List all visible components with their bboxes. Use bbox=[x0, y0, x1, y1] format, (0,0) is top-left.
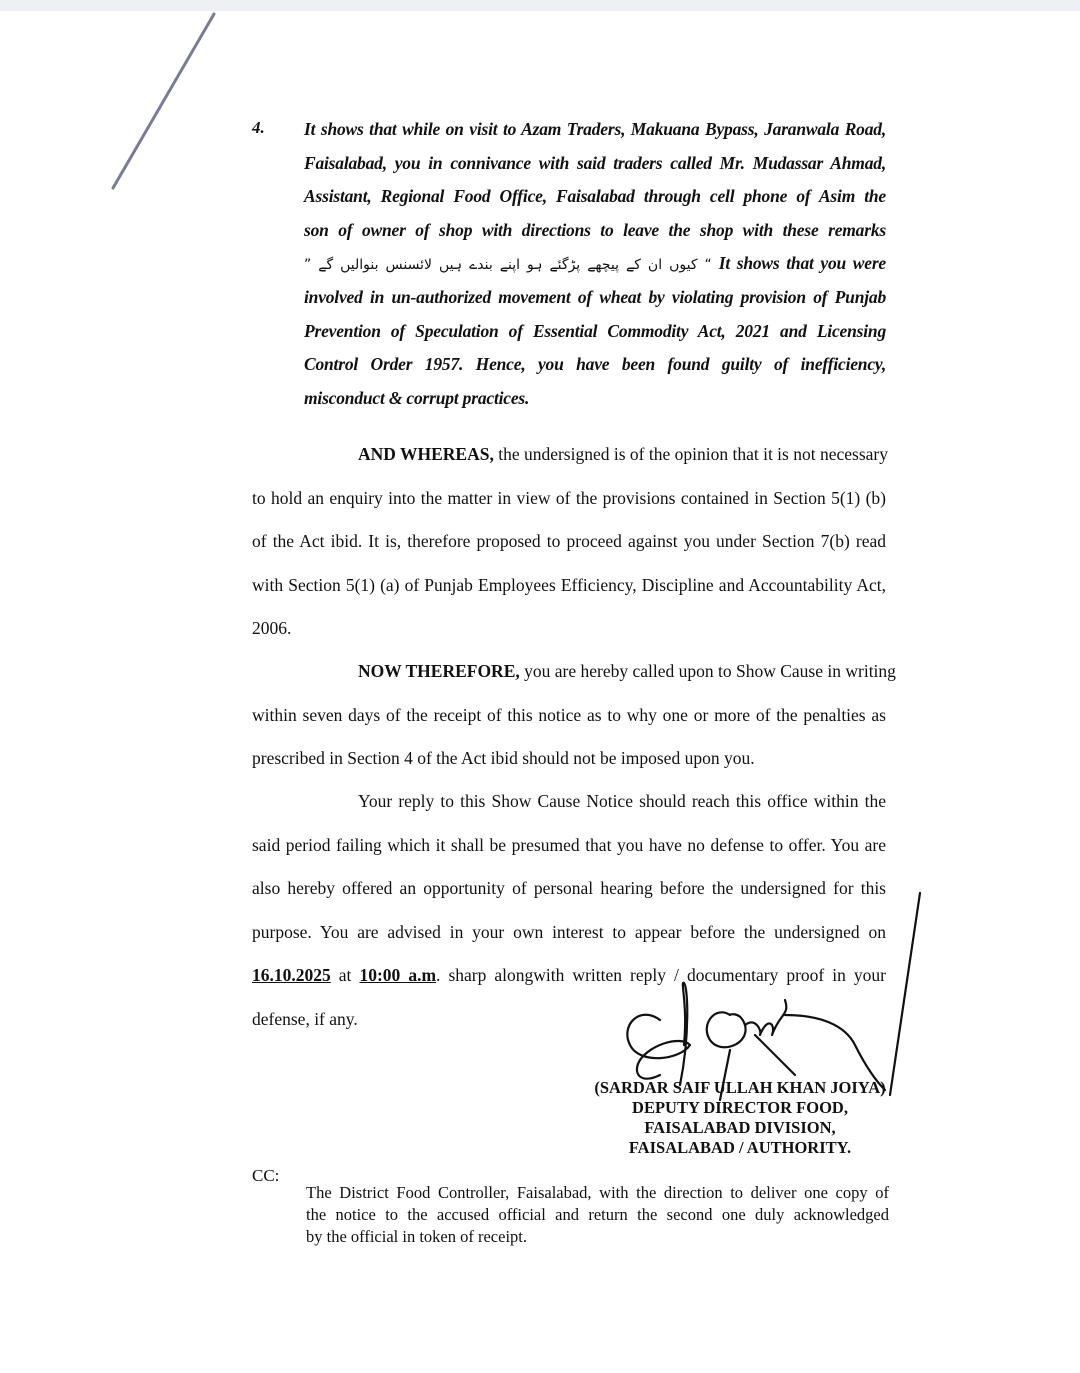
cc-label: CC: bbox=[252, 1166, 279, 1186]
text-line: said period failing which it shall be pr… bbox=[252, 824, 886, 868]
text-line: 2006. bbox=[252, 607, 886, 651]
text-line: Faisalabad, you in connivance with said … bbox=[304, 147, 886, 181]
urdu-quote: “ کیوں ان کے پیچھے پڑگئے ہو اپنے بندے ہی… bbox=[304, 257, 712, 273]
cc-recipient-text: The District Food Controller, Faisalabad… bbox=[306, 1182, 889, 1248]
text-line-with-urdu: “ کیوں ان کے پیچھے پڑگئے ہو اپنے بندے ہی… bbox=[304, 247, 886, 281]
hearing-date: 16.10.2025 bbox=[252, 965, 331, 985]
signatory-division: FAISALABAD DIVISION, bbox=[560, 1118, 920, 1138]
text-line: Prevention of Speculation of Essential C… bbox=[304, 315, 886, 349]
and-whereas-paragraph: AND WHEREAS, the undersigned is of the o… bbox=[252, 433, 886, 651]
text-line: AND WHEREAS, the undersigned is of the o… bbox=[252, 433, 886, 477]
text-line: Your reply to this Show Cause Notice sho… bbox=[252, 780, 886, 824]
signatory-designation: DEPUTY DIRECTOR FOOD, bbox=[560, 1098, 920, 1118]
text-line: misconduct & corrupt practices. bbox=[304, 382, 886, 416]
text-line: of the Act ibid. It is, therefore propos… bbox=[252, 520, 886, 564]
signatory-block: (SARDAR SAIF ULLAH KHAN JOIYA) DEPUTY DI… bbox=[560, 1078, 920, 1158]
hearing-time: 10:00 a.m bbox=[359, 965, 436, 985]
text-fragment: at bbox=[331, 965, 360, 985]
text-fragment: It shows that you were bbox=[719, 253, 886, 273]
text-line: The District Food Controller, Faisalabad… bbox=[306, 1182, 889, 1204]
text-line: Control Order 1957. Hence, you have been… bbox=[304, 348, 886, 382]
text-line: NOW THEREFORE, you are hereby called upo… bbox=[252, 650, 886, 694]
lead-phrase: NOW THEREFORE, bbox=[358, 661, 520, 681]
text-line: prescribed in Section 4 of the Act ibid … bbox=[252, 737, 886, 781]
text-line: by the official in token of receipt. bbox=[306, 1226, 889, 1248]
text-line: It shows that while on visit to Azam Tra… bbox=[304, 113, 886, 147]
text-line: the notice to the accused official and r… bbox=[306, 1204, 889, 1226]
signatory-authority: FAISALABAD / AUTHORITY. bbox=[560, 1138, 920, 1158]
text-line: to hold an enquiry into the matter in vi… bbox=[252, 477, 886, 521]
text-line: within seven days of the receipt of this… bbox=[252, 694, 886, 738]
handwritten-signature bbox=[580, 885, 940, 1105]
signatory-name: (SARDAR SAIF ULLAH KHAN JOIYA) bbox=[560, 1078, 920, 1098]
text-line: Assistant, Regional Food Office, Faisala… bbox=[304, 180, 886, 214]
allegation-paragraph-4: It shows that while on visit to Azam Tra… bbox=[304, 113, 886, 415]
pen-stroke-mark bbox=[0, 0, 240, 200]
lead-phrase: AND WHEREAS, bbox=[358, 444, 494, 464]
text-line: with Section 5(1) (a) of Punjab Employee… bbox=[252, 564, 886, 608]
text-fragment: the undersigned is of the opinion that i… bbox=[494, 444, 888, 464]
text-line: son of owner of shop with directions to … bbox=[304, 214, 886, 248]
text-line: involved in un-authorized movement of wh… bbox=[304, 281, 886, 315]
text-fragment: you are hereby called upon to Show Cause… bbox=[520, 661, 896, 681]
paragraph-number: 4. bbox=[252, 118, 265, 138]
now-therefore-paragraph: NOW THEREFORE, you are hereby called upo… bbox=[252, 650, 886, 781]
